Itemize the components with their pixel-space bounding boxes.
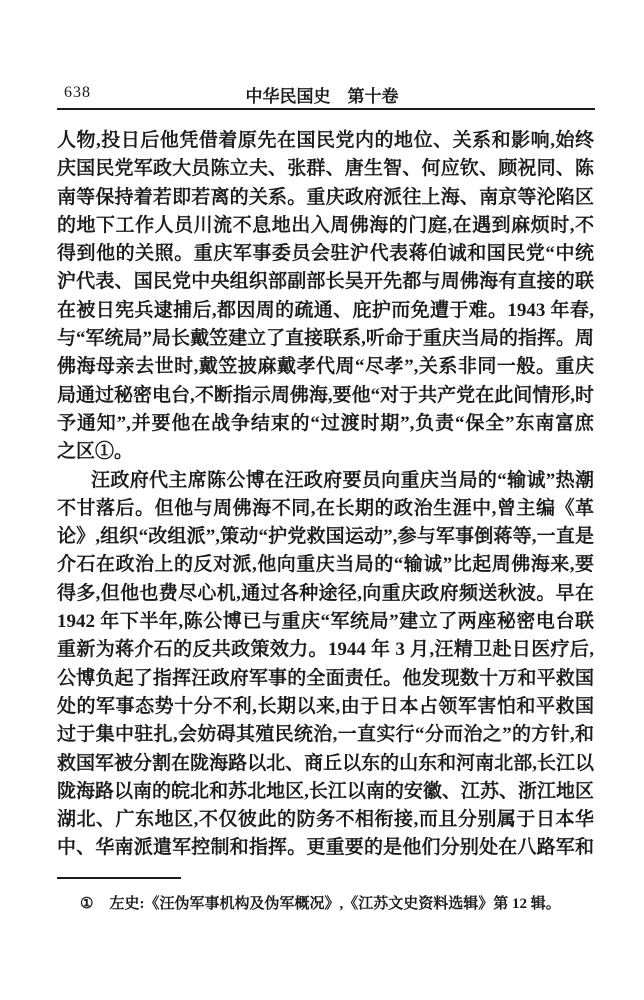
text-line: 陇海路以南的皖北和苏北地区,长江以南的安徽、江苏、浙江地区以及 [57, 778, 594, 806]
book-page: 638 中华民国史 第十卷 人物,投日后他凭借着原先在国民党内的地位、关系和影响… [0, 0, 644, 1000]
text-line: 1942 年下半年,陈公博已与重庆“军统局”建立了两座秘密电台联系, [57, 608, 594, 636]
text-line: 庆国民党军政大员陈立夫、张群、唐生智、何应钦、顾祝同、陈布雷、胡宗 [57, 155, 594, 183]
text-line: 之区①。 [57, 438, 594, 466]
text-line: 的地下工作人员川流不息地出入周佛海的门庭,在遇到麻烦时,不断地 [57, 212, 594, 240]
footnote-marker: ① [80, 896, 93, 912]
text-line: 在被日宪兵逮捕后,都因周的疏通、庇护而免遭于难。1943 年春,他 [57, 297, 594, 325]
text-line: 救国军被分割在陇海路以北、商丘以东的山东和河南北部,长江以北、 [57, 750, 594, 778]
text-line: 论》,组织“改组派”,策动“护党救国运动”,参与军事倒蒋等,一直是蒋 [57, 523, 594, 551]
text-line: 过于集中驻扎,会妨碍其殖民统治,一直实行“分而治之”的方针,和平 [57, 721, 594, 749]
text-line: 中、华南派遣军控制和指挥。更重要的是他们分别处在八路军和新四 [57, 834, 594, 862]
text-line: 得多,但他也费尽心机,通过各种途径,向重庆政府频送秋波。早在 [57, 580, 594, 608]
footnote-divider [57, 877, 181, 879]
footnote: ①左史:《汪伪军事机构及伪军概况》,《江苏文史资料选辑》第 12 辑。 [80, 893, 596, 915]
text-line: 局通过秘密电台,不断指示周佛海,要他“对于共产党在此间情形,时 [57, 382, 594, 410]
running-title: 中华民国史 第十卷 [0, 82, 644, 107]
text-line: 沪代表、国民党中央组织部副部长吴开先都与周佛海有直接的联系, [57, 268, 594, 296]
text-line: 重新为蒋介石的反共政策效力。1944 年 3 月,汪精卫赴日医疗后,陈 [57, 636, 594, 664]
text-line: 公博负起了指挥汪政府军事的全面责任。他发现数十万和平救国军所 [57, 665, 594, 693]
text-line: 与“军统局”局长戴笠建立了直接联系,听命于重庆当局的指挥。周 [57, 325, 594, 353]
text-line: 湖北、广东地区,不仅彼此的防务不相衔接,而且分别属于日本华北、华 [57, 806, 594, 834]
text-line: 汪政府代主席陈公博在汪政府要员向重庆当局的“输诚”热潮中也 [57, 467, 594, 495]
text-line: 南等保持着若即若离的关系。重庆政府派往上海、南京等沦陷区活动 [57, 184, 594, 212]
text-line: 人物,投日后他凭借着原先在国民党内的地位、关系和影响,始终与重 [57, 127, 594, 155]
text-line: 佛海母亲去世时,戴笠披麻戴孝代周“尽孝”,关系非同一般。重庆当 [57, 353, 594, 381]
text-line: 处的军事态势十分不利,长期以来,由于日本占领军害怕和平救国军的 [57, 693, 594, 721]
text-line: 介石在政治上的反对派,他向重庆当局的“输诚”比起周佛海来,要困难 [57, 551, 594, 579]
text-line: 得到他的关照。重庆军事委员会驻沪代表蒋伯诚和国民党“中统局”驻 [57, 240, 594, 268]
header-rule [57, 108, 595, 110]
body-text: 人物,投日后他凭借着原先在国民党内的地位、关系和影响,始终与重庆国民党军政大员陈… [57, 127, 594, 863]
text-line: 予通知”,并要他在战争结束的“过渡时期”,负责“保全”东南富庶 [57, 410, 594, 438]
footnote-text: 左史:《汪伪军事机构及伪军概况》,《江苏文史资料选辑》第 12 辑。 [109, 896, 560, 912]
text-line: 不甘落后。但他与周佛海不同,在长期的政治生涯中,曾主编《革命评 [57, 495, 594, 523]
